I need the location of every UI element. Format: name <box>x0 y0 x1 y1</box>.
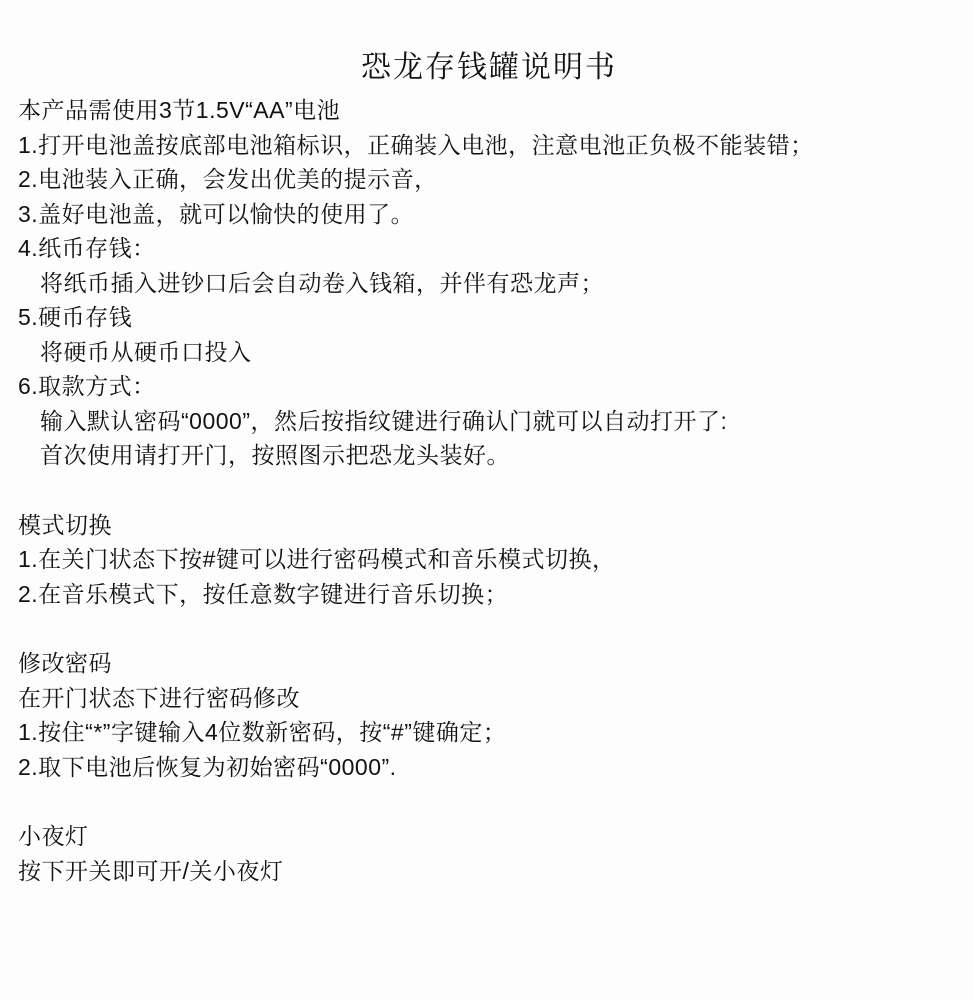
manual-page: 恐龙存钱罐说明书 本产品需使用3节1.5V“AA”电池 1.打开电池盖按底部电池… <box>0 0 974 1000</box>
manual-line: 3.盖好电池盖，就可以愉快的使用了。 <box>18 197 960 232</box>
manual-line: 输入默认密码“0000”，然后按指纹键进行确认门就可以自动打开了: <box>18 404 960 439</box>
manual-line: 1.在关门状态下按#键可以进行密码模式和音乐模式切换， <box>18 542 960 577</box>
section-change-password: 修改密码 在开门状态下进行密码修改 1.按住“*”字键输入4位数新密码，按“#”… <box>18 646 960 784</box>
section-heading: 模式切换 <box>18 508 960 543</box>
manual-line: 2.电池装入正确，会发出优美的提示音， <box>18 162 960 197</box>
manual-line: 2.在音乐模式下，按任意数字键进行音乐切换； <box>18 577 960 612</box>
manual-line: 4.纸币存钱： <box>18 231 960 266</box>
section-mode-switch: 模式切换 1.在关门状态下按#键可以进行密码模式和音乐模式切换， 2.在音乐模式… <box>18 508 960 612</box>
manual-line: 本产品需使用3节1.5V“AA”电池 <box>18 93 960 128</box>
manual-line: 1.按住“*”字键输入4位数新密码，按“#”键确定； <box>18 715 960 750</box>
manual-title: 恐龙存钱罐说明书 <box>18 50 960 86</box>
section-heading: 修改密码 <box>18 646 960 681</box>
manual-line: 1.打开电池盖按底部电池箱标识，正确装入电池，注意电池正负极不能装错； <box>18 128 960 163</box>
section-battery-usage: 本产品需使用3节1.5V“AA”电池 1.打开电池盖按底部电池箱标识，正确装入电… <box>18 93 960 473</box>
section-night-light: 小夜灯 按下开关即可开/关小夜灯 <box>18 819 960 888</box>
manual-line: 将纸币插入进钞口后会自动卷入钱箱，并伴有恐龙声； <box>18 266 960 301</box>
manual-line: 按下开关即可开/关小夜灯 <box>18 854 960 889</box>
section-heading: 小夜灯 <box>18 819 960 854</box>
manual-line: 2.取下电池后恢复为初始密码“0000”. <box>18 750 960 785</box>
manual-line: 6.取款方式： <box>18 369 960 404</box>
manual-line: 首次使用请打开门，按照图示把恐龙头装好。 <box>18 438 960 473</box>
manual-line: 5.硬币存钱 <box>18 300 960 335</box>
manual-line: 在开门状态下进行密码修改 <box>18 681 960 716</box>
manual-line: 将硬币从硬币口投入 <box>18 335 960 370</box>
